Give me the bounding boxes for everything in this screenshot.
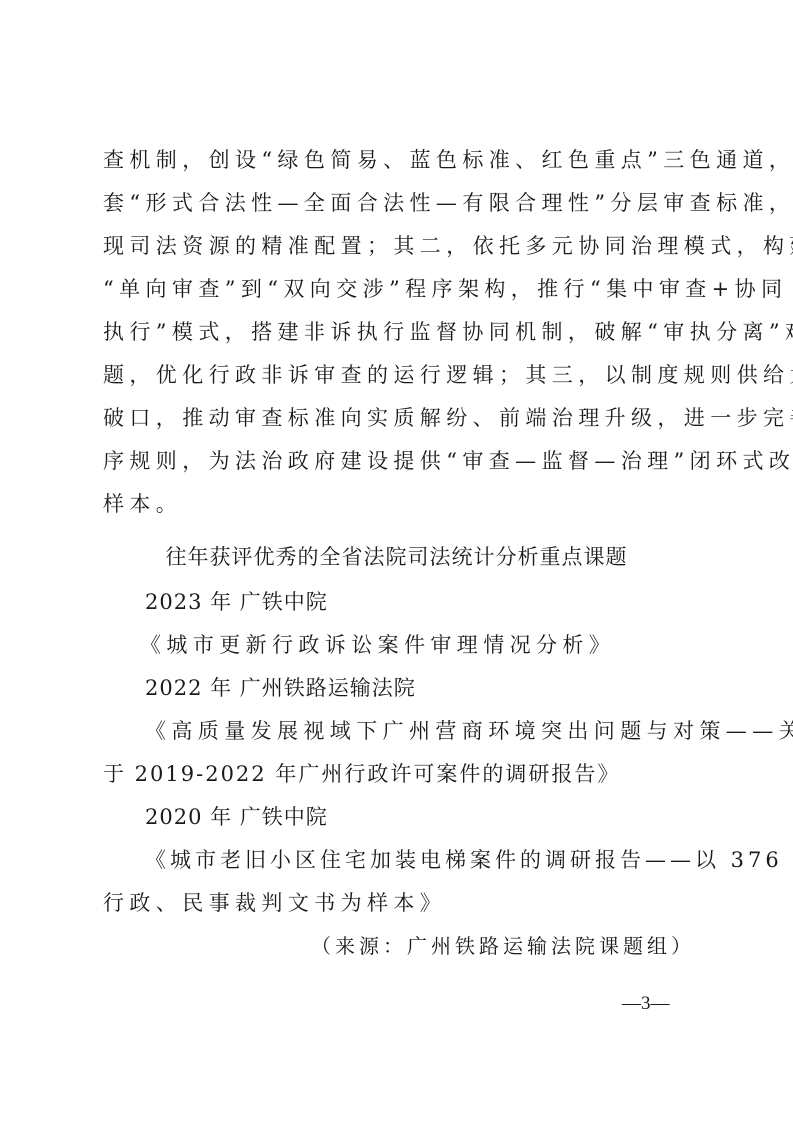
- award-year-court: 2020 年 广铁中院: [145, 803, 735, 831]
- award-title-line: 行政、民事裁判文书为样本》: [103, 889, 693, 917]
- award-title-line: 《城市老旧小区住宅加装电梯案件的调研报告——以 376 篇: [145, 846, 735, 874]
- page-number: —3—: [622, 992, 670, 1016]
- paragraph-line: 序规则，为法治政府建设提供“审查—监督—治理”闭环式改革: [103, 447, 693, 475]
- source-attribution: （来源：广州铁路运输法院课题组）: [311, 932, 695, 960]
- paragraph-line: 样本。: [103, 490, 693, 518]
- paragraph-line: 查机制，创设“绿色简易、蓝色标准、红色重点”三色通道，配: [103, 146, 693, 174]
- paragraph-line: “单向审查”到“双向交涉”程序架构，推行“集中审查+协同: [103, 275, 693, 303]
- paragraph-line: 破口，推动审查标准向实质解纷、前端治理升级，进一步完善程: [103, 404, 693, 432]
- award-title-line: 《高质量发展视域下广州营商环境突出问题与对策——关: [145, 717, 735, 745]
- award-year-court: 2023 年 广铁中院: [145, 588, 735, 616]
- paragraph-line: 套“形式合法性—全面合法性—有限合理性”分层审查标准，实: [103, 189, 693, 217]
- award-title-line: 《城市更新行政诉讼案件审理情况分析》: [140, 631, 730, 659]
- section-heading: 往年获评优秀的全省法院司法统计分析重点课题: [0, 543, 793, 571]
- award-year-court: 2022 年 广州铁路运输法院: [145, 674, 735, 702]
- award-title-line: 于 2019-2022 年广州行政许可案件的调研报告》: [103, 760, 693, 788]
- paragraph-line: 题，优化行政非诉审查的运行逻辑；其三，以制度规则供给为突: [103, 361, 693, 389]
- document-page: 查机制，创设“绿色简易、蓝色标准、红色重点”三色通道，配 套“形式合法性—全面合…: [0, 0, 793, 1122]
- paragraph-line: 现司法资源的精准配置；其二，依托多元协同治理模式，构建从: [103, 232, 693, 260]
- paragraph-line: 执行”模式，搭建非诉执行监督协同机制，破解“审执分离”难: [103, 318, 693, 346]
